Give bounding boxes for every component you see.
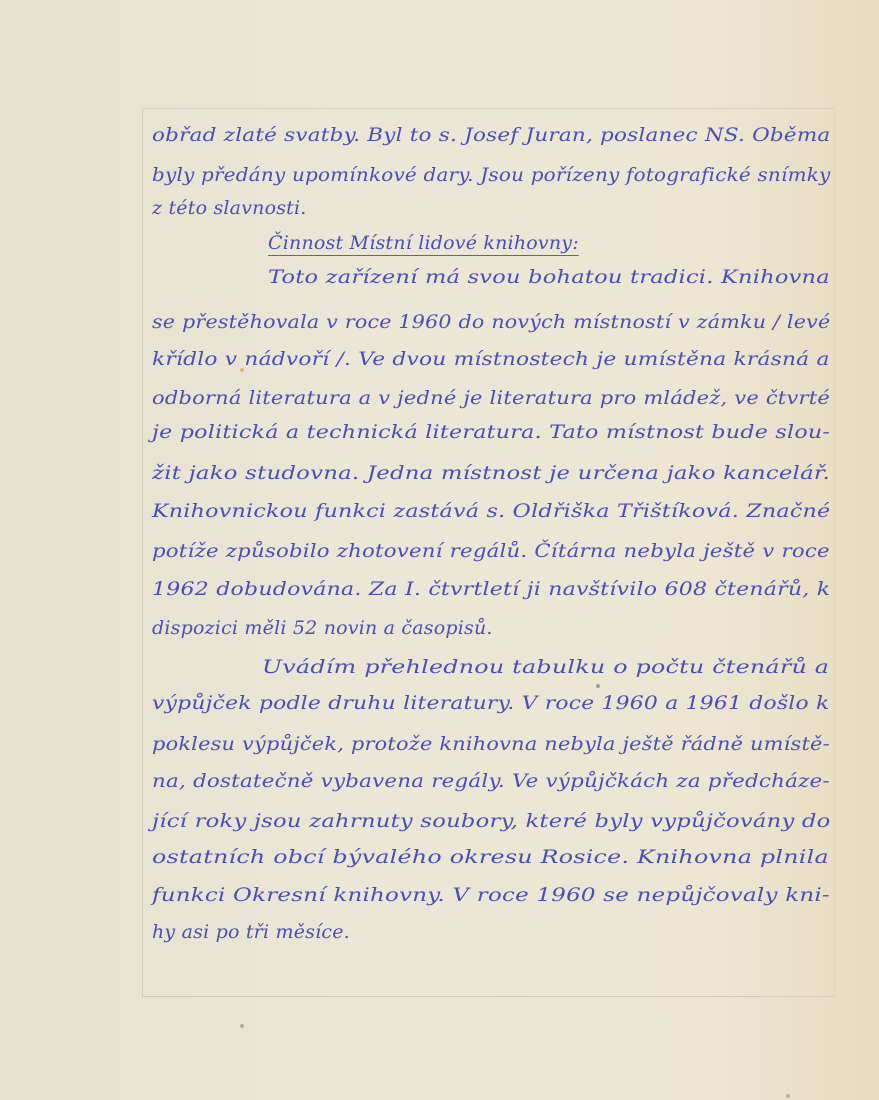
text-line: odborná literatura a v jedné je literatu… (152, 387, 830, 409)
text-line: žit jako studovna. Jedna místnost je urč… (152, 462, 830, 484)
text-line: obřad zlaté svatby. Byl to s. Josef Jura… (152, 124, 830, 146)
paper-speck (240, 1024, 244, 1028)
paper-speck (596, 684, 600, 688)
paper-speck (786, 1094, 790, 1098)
text-line: potíže způsobilo zhotovení regálů. Čítár… (152, 540, 830, 562)
text-line: byly předány upomínkové dary. Jsou poříz… (152, 164, 830, 186)
text-line: na, dostatečně vybavena regály. Ve výpůj… (152, 770, 830, 792)
text-line: výpůjček podle druhu literatury. V roce … (152, 692, 830, 714)
text-line: Toto zařízení má svou bohatou tradici. K… (268, 266, 830, 288)
text-line: křídlo v nádvoří /. Ve dvou místnostech … (152, 348, 830, 370)
text-line: Knihovnickou funkci zastává s. Oldřiška … (152, 500, 830, 522)
text-line: jící roky jsou zahrnuty soubory, které b… (152, 810, 831, 832)
paper-speck (240, 368, 244, 372)
text-line: Uvádím přehlednou tabulku o počtu čtenář… (262, 656, 829, 678)
text-line: dispozici měli 52 novin a časopisů. (152, 617, 493, 639)
text-line: poklesu výpůjček, protože knihovna nebyl… (152, 733, 830, 755)
text-line: se přestěhovala v roce 1960 do nových mí… (152, 311, 830, 333)
text-line: hy asi po tři měsíce. (152, 921, 350, 943)
text-line: funkci Okresní knihovny. V roce 1960 se … (152, 884, 830, 906)
section-heading: Činnost Místní lidové knihovny: (268, 232, 579, 254)
text-line: 1962 dobudována. Za I. čtvrtletí ji navš… (152, 578, 830, 600)
text-line: je politická a technická literatura. Tat… (152, 421, 830, 443)
text-line: ostatních obcí bývalého okresu Rosice. K… (152, 846, 829, 868)
text-line: z této slavnosti. (152, 197, 307, 219)
